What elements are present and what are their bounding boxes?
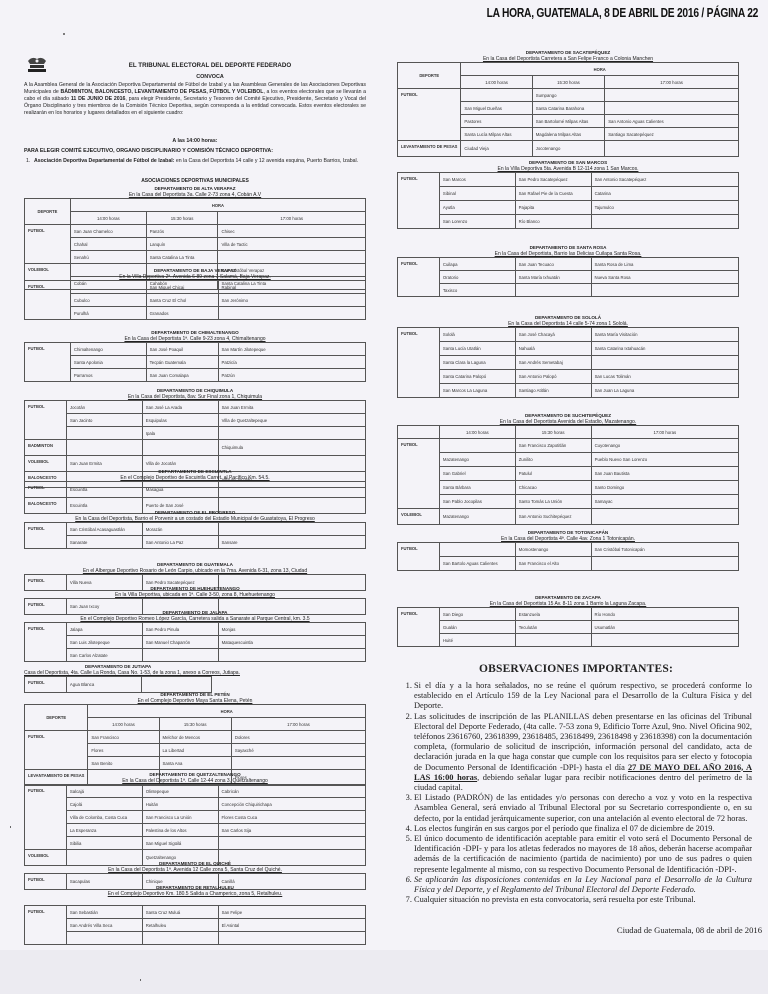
table-row: FUTBOLSan FranciscoMelchor de MencosDolo… bbox=[25, 731, 366, 744]
table-row: CubulcoSanta Cruz El CholSan Jerónimo bbox=[25, 294, 366, 307]
municipality-cell: Panzós bbox=[146, 225, 218, 238]
municipality-cell bbox=[218, 649, 365, 662]
municipality-cell: Patzún bbox=[218, 369, 366, 382]
sport-cell: FUTBOL bbox=[25, 906, 67, 945]
municipality-cell: Pueblo Nuevo San Lorenzo bbox=[591, 453, 738, 467]
municipality-cell bbox=[605, 89, 739, 102]
table-row: Santa BárbaraChicacaoSanto Domingo bbox=[398, 481, 739, 495]
department-san-marcos: DEPARTAMENTO DE SAN MARCOSEn la Villa De… bbox=[397, 160, 739, 172]
table-row: SibiliaSan Miguel Sigüilá bbox=[25, 837, 366, 850]
municipality-cell bbox=[218, 523, 365, 536]
table-row: Villa de Colomba, Costa CucaSan Francisc… bbox=[25, 811, 366, 824]
table-row: FUTBOLSan Cristóbal AcasaguastlánMorazán bbox=[25, 523, 366, 536]
municipality-cell: San Lorenzo bbox=[439, 215, 515, 229]
table-row: BADMINTONChiquimula bbox=[25, 440, 366, 456]
municipality-cell bbox=[591, 284, 739, 297]
municipality-cell: Jocotán bbox=[66, 401, 142, 414]
municipality-cell bbox=[439, 543, 515, 557]
municipality-cell: Río Blanco bbox=[515, 215, 591, 229]
department-suchitepequez: DEPARTAMENTO DE SUCHITEPÉQUEZEn la Casa … bbox=[397, 413, 739, 425]
municipality-cell: San Cristóbal Acasaguastlán bbox=[66, 523, 142, 536]
municipality-cell: San Gabriel bbox=[439, 467, 515, 481]
municipality-cell: San Jacinto bbox=[66, 414, 142, 427]
municipality-cell: Patulul bbox=[515, 467, 591, 481]
municipality-cell: Sayaxché bbox=[231, 744, 365, 757]
municipality-cell: San Luis Jilotepeque bbox=[66, 636, 142, 649]
speck bbox=[10, 826, 11, 828]
table-row: FUTBOLChimaltenangoSan José PoaquilSan M… bbox=[25, 343, 366, 356]
table-row: Santa Lucía UtatlánNahualáSanta Catarina… bbox=[398, 342, 739, 356]
municipality-cell: San Bartolo Aguas Calientes bbox=[439, 557, 515, 571]
table-row: FUTBOLAgua Blanca bbox=[25, 677, 212, 693]
municipality-cell: Villa de Quetzaltepeque bbox=[218, 414, 365, 427]
municipality-cell: San Marcos bbox=[439, 173, 515, 187]
municipality-cell: Santo Tomás La Unión bbox=[515, 495, 591, 509]
department-retalhuleu: DEPARTAMENTO DE RETALHULEUEn el Complejo… bbox=[24, 885, 366, 897]
municipality-cell: Ipala bbox=[142, 427, 218, 440]
department-address: En el Complejo Deportivo Km. 180.5 Salid… bbox=[24, 891, 366, 897]
municipality-cell: Mazatenango bbox=[439, 509, 515, 525]
schedule-table: DEPORTEHORA14:00 horas15:30 horas17:00 h… bbox=[397, 62, 739, 157]
municipality-cell bbox=[218, 482, 365, 498]
department-quiche: DEPARTAMENTO DE EL QUICHÉEn la Casa del … bbox=[24, 861, 366, 873]
municipality-cell: Cabricán bbox=[218, 785, 365, 798]
municipality-cell: Rabinal bbox=[218, 281, 366, 294]
table-row: Santa ApoloniaTecpán GuatemalaPatzicía bbox=[25, 356, 366, 369]
municipality-cell: Samayac bbox=[591, 495, 738, 509]
municipality-cell: San Sebastián bbox=[66, 906, 142, 919]
sport-cell: FUTBOL bbox=[25, 225, 71, 264]
municipality-cell: Pajapita bbox=[515, 201, 591, 215]
municipality-cell bbox=[66, 932, 142, 945]
municipality-cell bbox=[591, 356, 738, 370]
newspaper-masthead: LA HORA, GUATEMALA, 8 DE ABRIL DE 2016 /… bbox=[486, 6, 758, 20]
municipality-cell: San Antonio Sacatepéquez bbox=[591, 173, 738, 187]
municipality-cell bbox=[591, 215, 738, 229]
municipality-cell: Magdalena Milpas Altas bbox=[532, 128, 604, 141]
table-row: San Pablo JocopilasSanto Tomás La UniónS… bbox=[398, 495, 739, 509]
municipality-cell: Santa Apolonia bbox=[70, 356, 146, 369]
municipality-cell: San Felipe bbox=[218, 906, 365, 919]
municipality-cell: Catarina bbox=[591, 187, 738, 201]
municipality-cell: Sansare bbox=[218, 536, 365, 549]
municipality-cell: San Pedro Pinula bbox=[142, 623, 218, 636]
municipality-cell: San Juan Ermita bbox=[218, 401, 365, 414]
municipality-cell: San Miguel Dueñas bbox=[461, 102, 532, 115]
table-row: FUTBOLSumpango bbox=[398, 89, 739, 102]
page-margin bbox=[0, 950, 768, 994]
schedule-table: FUTBOLAgua Blanca bbox=[24, 676, 212, 693]
municipality-cell: Tajumulco bbox=[591, 201, 738, 215]
municipality-cell: Chiquimula bbox=[218, 440, 365, 456]
department-solola: DEPARTAMENTO DE SOLOLÁEn la Casa del Dep… bbox=[397, 315, 739, 327]
sport-cell: FUTBOL bbox=[398, 258, 440, 297]
table-row: La EsperanzaPalestina de los AltosSan Ca… bbox=[25, 824, 366, 837]
municipality-cell: Retalhuleu bbox=[142, 919, 218, 932]
observation-item: Se aplicarán las disposiciones contenida… bbox=[414, 875, 752, 895]
municipality-cell: Masagua bbox=[142, 482, 218, 498]
municipality-cell: Santa Catalina La Tinta bbox=[146, 251, 218, 264]
municipality-cell: San Antonio Palopó bbox=[515, 370, 591, 384]
municipality-cell: San Pedro Sacatepéquez bbox=[515, 173, 591, 187]
table-row: FUTBOLSan Francisco ZapotitlánCuyotenang… bbox=[398, 439, 739, 453]
municipality-cell: San Carlos Alzatate bbox=[66, 649, 142, 662]
table-row: SibinalSan Rafael Pie de la CuestaCatari… bbox=[398, 187, 739, 201]
table-row: San Andrés Villa SecaRetalhuleuEl Asinta… bbox=[25, 919, 366, 932]
table-row: San Luis JilotepequeSan Manuel Chaparrón… bbox=[25, 636, 366, 649]
observations-list: Si el día y a la hora señalados, no se r… bbox=[400, 681, 752, 905]
department-jalapa: DEPARTAMENTO DE JALAPAEn el Complejo Dep… bbox=[24, 610, 366, 622]
municipality-cell: Sumpango bbox=[532, 89, 604, 102]
municipality-cell: Zunilito bbox=[515, 453, 591, 467]
department-quetzaltenango: DEPARTAMENTO DE QUETZALTENANGOEn la Casa… bbox=[24, 772, 366, 784]
table-row: FUTBOLCuilapaSan Juan TecuacoSanta Rosa … bbox=[398, 258, 739, 271]
table-row: AyutlaPajapitaTajumulco bbox=[398, 201, 739, 215]
table-row: FUTBOLSan Miguel ChicajRabinal bbox=[25, 281, 366, 294]
municipality-cell: Cuyotenango bbox=[591, 439, 738, 453]
sport-cell: FUTBOL bbox=[398, 608, 440, 647]
municipality-cell: Santa Clara la Laguna bbox=[439, 356, 515, 370]
municipality-cell: San Juan Comalapa bbox=[146, 369, 218, 382]
convocation-title: EL TRIBUNAL ELECTORAL DEL DEPORTE FEDERA… bbox=[60, 62, 360, 69]
sport-cell: FUTBOL bbox=[25, 731, 88, 770]
municipality-cell: San Juan Bautista bbox=[591, 467, 738, 481]
sport-cell: FUTBOL bbox=[25, 623, 67, 662]
municipality-cell: Santiago Atitlán bbox=[515, 384, 591, 398]
izabal-item: 1.Asociación Deportiva Departamental de … bbox=[34, 158, 364, 165]
table-row: Santa Catarina PalopóSan Antonio PalopóS… bbox=[398, 370, 739, 384]
municipality-cell: Jalapa bbox=[66, 623, 142, 636]
municipality-cell: Santa Bárbara bbox=[439, 481, 515, 495]
municipality-cell: San Antonio Suchitepéquez bbox=[515, 509, 591, 525]
signoff-date: Ciudad de Guatemala, 08 de abril de 2016 bbox=[617, 925, 762, 935]
municipality-cell: San Miguel Sigüilá bbox=[142, 837, 218, 850]
observations-title: OBSERVACIONES IMPORTANTES: bbox=[384, 663, 768, 675]
municipality-cell: Santa Catarina Barahona bbox=[532, 102, 604, 115]
municipality-cell: Gualán bbox=[439, 621, 515, 634]
department-chimaltenango: DEPARTAMENTO DE CHIMALTENANGOEn la Casa … bbox=[24, 330, 366, 342]
table-row: San LorenzoRío Blanco bbox=[398, 215, 739, 229]
municipality-cell: Concepción Chiquirichapa bbox=[218, 798, 365, 811]
department-baja-verapaz: DEPARTAMENTO DE BAJA VERAPAZEn la Villa … bbox=[24, 268, 366, 280]
municipality-cell: Santa Catarina Ixtahuacán bbox=[591, 342, 738, 356]
municipality-cell: Olintepeque bbox=[142, 785, 218, 798]
table-row: Taxisco bbox=[398, 284, 739, 297]
schedule-table: FUTBOLSan Miguel ChicajRabinalCubulcoSan… bbox=[24, 280, 366, 320]
municipality-cell: Oratorio bbox=[439, 271, 515, 284]
municipality-cell: Santa María Visitación bbox=[591, 328, 738, 342]
observation-item: Si el día y a la hora señalados, no se r… bbox=[414, 681, 752, 712]
table-row: OratorioSanta María IxhuatánNueva Santa … bbox=[398, 271, 739, 284]
table-row: SenahúSanta Catalina La Tinta bbox=[25, 251, 366, 264]
municipality-cell: Usumatlán bbox=[591, 621, 739, 634]
sport-cell: BADMINTON bbox=[25, 440, 67, 456]
municipality-cell: San José Chacayá bbox=[515, 328, 591, 342]
municipality-cell bbox=[591, 557, 738, 571]
schedule-table: FUTBOLSan MarcosSan Pedro SacatepéquezSa… bbox=[397, 172, 739, 229]
municipality-cell: San Juan Chamelco bbox=[70, 225, 146, 238]
municipality-cell: Villa de Colomba, Costa Cuca bbox=[66, 811, 142, 824]
municipality-cell bbox=[605, 102, 739, 115]
municipality-cell: San Juan La Laguna bbox=[591, 384, 738, 398]
municipality-cell: Huitán bbox=[142, 798, 218, 811]
municipality-cell: Lanquín bbox=[146, 238, 218, 251]
municipality-cell: Esquipulas bbox=[142, 414, 218, 427]
municipality-cell bbox=[591, 509, 738, 525]
municipality-cell: Estanzuela bbox=[515, 608, 591, 621]
municipality-cell: San Miguel Chicaj bbox=[146, 281, 218, 294]
schedule-table: FUTBOLChimaltenangoSan José PoaquilSan M… bbox=[24, 342, 366, 382]
municipality-cell: Nueva Santa Rosa bbox=[591, 271, 739, 284]
sport-cell: FUTBOL bbox=[25, 785, 67, 850]
municipality-cell: Nahualá bbox=[515, 342, 591, 356]
municipality-cell bbox=[70, 281, 146, 294]
municipality-cell: San Juan Tecuaco bbox=[515, 258, 591, 271]
municipality-cell: Chisec bbox=[218, 225, 366, 238]
sport-cell: FUTBOL bbox=[398, 89, 461, 141]
municipality-cell bbox=[66, 427, 142, 440]
municipality-cell: San Francisco Zapotitlán bbox=[515, 439, 591, 453]
municipality-cell bbox=[218, 932, 365, 945]
municipality-cell: Teculután bbox=[515, 621, 591, 634]
municipality-cell: Santa Cruz El Chol bbox=[146, 294, 218, 307]
municipality-cell: San José Poaquil bbox=[146, 343, 218, 356]
municipality-cell: Morazán bbox=[142, 523, 218, 536]
municipality-cell: Patzicía bbox=[218, 356, 366, 369]
sport-cell: FUTBOL bbox=[25, 523, 67, 549]
observation-item: Los electos fungirán en sus cargos por e… bbox=[414, 824, 752, 834]
municipality-cell: Santo Domingo bbox=[591, 481, 738, 495]
municipality-cell bbox=[461, 89, 532, 102]
sport-cell: FUTBOL bbox=[398, 328, 440, 398]
table-row: MazatenangoZunilitoPueblo Nuevo San Lore… bbox=[398, 453, 739, 467]
municipality-cell: Ayutla bbox=[439, 201, 515, 215]
municipality-cell: Chahal bbox=[70, 238, 146, 251]
municipality-cell: Jocotenango bbox=[532, 141, 604, 157]
municipality-cell: Santa Cruz Muluá bbox=[142, 906, 218, 919]
table-row: Ipala bbox=[25, 427, 366, 440]
municipality-cell: Melchor de Mencos bbox=[159, 731, 231, 744]
municipality-cell: San Jerónimo bbox=[218, 294, 366, 307]
municipality-cell: Senahú bbox=[70, 251, 146, 264]
observation-item: Las solicitudes de inscripción de las PL… bbox=[414, 712, 752, 794]
table-row: PurulháGranados bbox=[25, 307, 366, 320]
municipality-cell: San Francisco el Alto bbox=[515, 557, 591, 571]
municipality-cell: Mazatenango bbox=[439, 453, 515, 467]
municipality-cell bbox=[218, 251, 366, 264]
municipality-cell: Chicacao bbox=[515, 481, 591, 495]
sport-cell: FUTBOL bbox=[398, 173, 440, 229]
schedule-table: FUTBOLMomostenangoSan Cristóbal Totonica… bbox=[397, 542, 739, 571]
municipality-cell: Flores Costa Cuca bbox=[218, 811, 365, 824]
municipality-cell: Sololá bbox=[439, 328, 515, 342]
municipality-cell bbox=[142, 677, 212, 693]
sport-cell: FUTBOL bbox=[25, 343, 71, 382]
municipality-cell: Huité bbox=[439, 634, 515, 647]
table-row: SanarateSan Antonio La PazSansare bbox=[25, 536, 366, 549]
department-el-progreso: DEPARTAMENTO DE EL PROGRESOEn la Casa de… bbox=[24, 510, 366, 522]
table-row: FUTBOLSan MarcosSan Pedro SacatepéquezSa… bbox=[398, 173, 739, 187]
table-row: San JacintoEsquipulasVilla de Quetzaltep… bbox=[25, 414, 366, 427]
municipality-cell: Santa María Ixhuatán bbox=[515, 271, 591, 284]
intro-paragraph: A la Asamblea General de la Asociación D… bbox=[24, 82, 366, 117]
sport-cell: FUTBOL bbox=[398, 439, 440, 509]
speck bbox=[140, 979, 141, 981]
table-row bbox=[25, 932, 366, 945]
department-peten: DEPARTAMENTO DE EL PETÉNEn el Complejo D… bbox=[24, 692, 366, 704]
department-sacatepequez: DEPARTAMENTO DE SACATEPÉQUEZEn la Casa d… bbox=[397, 50, 739, 62]
municipality-cell: Salcajá bbox=[66, 785, 142, 798]
municipality-cell bbox=[515, 284, 591, 297]
department-alta-verapaz: DEPARTAMENTO DE ALTA VERAPAZEn la Casa d… bbox=[24, 186, 366, 198]
schedule-table: FUTBOLSan SebastiánSanta Cruz MuluáSan F… bbox=[24, 905, 366, 945]
municipality-cell: Río Hondo bbox=[591, 608, 739, 621]
table-row: FUTBOLSan SebastiánSanta Cruz MuluáSan F… bbox=[25, 906, 366, 919]
table-row: Santa Clara la LagunaSan Andrés Semetaba… bbox=[398, 356, 739, 370]
municipality-cell: Dolores bbox=[231, 731, 365, 744]
schedule-table: FUTBOLSololáSan José ChacayáSanta María … bbox=[397, 327, 739, 398]
schedule-table: FUTBOLCuilapaSan Juan TecuacoSanta Rosa … bbox=[397, 257, 739, 297]
municipality-cell: Cajolá bbox=[66, 798, 142, 811]
municipality-cell: Santa Rosa de Lima bbox=[591, 258, 739, 271]
sport-cell: FUTBOL bbox=[25, 677, 67, 693]
municipality-cell: San Andrés Semetabaj bbox=[515, 356, 591, 370]
sport-cell: LEVANTAMIENTO DE PESAS bbox=[398, 141, 461, 157]
municipality-cell: San Pablo Jocopilas bbox=[439, 495, 515, 509]
municipality-cell: Villa de Tactic bbox=[218, 238, 366, 251]
table-row: FUTBOLSan Juan ChamelcoPanzósChisec bbox=[25, 225, 366, 238]
sport-cell: FUTBOL bbox=[398, 543, 440, 571]
department-zacapa: DEPARTAMENTO DE ZACAPAEn la Casa del Dep… bbox=[397, 595, 739, 607]
municipality-cell: Ciudad Vieja bbox=[461, 141, 532, 157]
municipality-cell: Chimaltenango bbox=[70, 343, 146, 356]
municipality-cell bbox=[142, 440, 218, 456]
municipality-cell: Palestina de los Altos bbox=[142, 824, 218, 837]
municipality-cell: Cuilapa bbox=[439, 258, 515, 271]
municipality-cell: Santa Lucía Milpas Altas bbox=[461, 128, 532, 141]
municipality-cell bbox=[231, 757, 365, 770]
table-row: San Bartolo Aguas CalientesSan Francisco… bbox=[398, 557, 739, 571]
table-row: VOLEIBOLMazatenangoSan Antonio Suchitepé… bbox=[398, 509, 739, 525]
table-row: San Carlos Alzatate bbox=[25, 649, 366, 662]
table-row: FUTBOLJocotánSan José La AradaSan Juan E… bbox=[25, 401, 366, 414]
table-row: ParramosSan Juan ComalapaPatzún bbox=[25, 369, 366, 382]
municipality-cell: Granados bbox=[146, 307, 218, 320]
municipality-cell bbox=[142, 932, 218, 945]
municipality-cell bbox=[605, 141, 739, 157]
sport-cell: FUTBOL bbox=[25, 281, 71, 320]
schedule-table: 14:00 horas15:30 horas17:00 horasFUTBOLS… bbox=[397, 425, 739, 525]
municipality-cell: Flores bbox=[88, 744, 159, 757]
municipality-cell: Agua Blanca bbox=[66, 677, 142, 693]
schedule-table: FUTBOLJalapaSan Pedro PinulaMonjasSan Lu… bbox=[24, 622, 366, 662]
municipality-cell: San Martín Jilotepeque bbox=[218, 343, 366, 356]
municipality-cell bbox=[66, 440, 142, 456]
municipality-cell bbox=[218, 837, 365, 850]
table-row: CajoláHuitánConcepción Chiquirichapa bbox=[25, 798, 366, 811]
municipality-cell: Monjas bbox=[218, 623, 365, 636]
municipality-cell: San Andrés Villa Seca bbox=[66, 919, 142, 932]
municipality-cell: San Lucas Tolimán bbox=[591, 370, 738, 384]
observation-item: Cualquier situación no prevista en esta … bbox=[414, 895, 752, 905]
municipality-cell: San Antonio La Paz bbox=[142, 536, 218, 549]
municipality-cell: San Benito bbox=[88, 757, 159, 770]
department-huehuetenango: DEPARTAMENTO DE HUEHUETENANGOEn la Villa… bbox=[24, 586, 366, 598]
municipality-cell bbox=[515, 634, 591, 647]
municipality-cell bbox=[218, 427, 365, 440]
municipality-cell: San Marcos La Laguna bbox=[439, 384, 515, 398]
schedule-table: FUTBOLSan Cristóbal AcasaguastlánMorazán… bbox=[24, 522, 366, 549]
municipality-cell: San Bartolomé Milpas Altas bbox=[532, 115, 604, 128]
municipality-cell: San Diego bbox=[439, 608, 515, 621]
table-row: FUTBOLSalcajáOlintepequeCabricán bbox=[25, 785, 366, 798]
table-row: FUTBOLJalapaSan Pedro PinulaMonjas bbox=[25, 623, 366, 636]
municipality-cell: Taxisco bbox=[439, 284, 515, 297]
table-row: FUTBOLMomostenangoSan Cristóbal Totonica… bbox=[398, 543, 739, 557]
municipality-cell: San Carlos Sija bbox=[218, 824, 365, 837]
municipality-cell: San José La Arada bbox=[142, 401, 218, 414]
municipality-cell: San Manuel Chaparrón bbox=[142, 636, 218, 649]
table-row: ChahalLanquínVilla de Tactic bbox=[25, 238, 366, 251]
speck bbox=[63, 33, 65, 35]
department-santa-rosa: DEPARTAMENTO DE SANTA ROSAEn la Casa del… bbox=[397, 245, 739, 257]
municipality-cell: Parramos bbox=[70, 369, 146, 382]
municipality-cell: Cubulco bbox=[70, 294, 146, 307]
municipality-cell bbox=[218, 307, 366, 320]
municipality-cell: Sanarate bbox=[66, 536, 142, 549]
department-totonicapan: DEPARTAMENTO DE TOTONICAPÁNEn la Casa de… bbox=[397, 530, 739, 542]
tribunal-logo-icon bbox=[26, 55, 48, 73]
municipality-cell: Momostenango bbox=[515, 543, 591, 557]
sport-cell: FUTBOL bbox=[25, 482, 67, 498]
municipality-cell bbox=[591, 634, 739, 647]
table-row: FUTBOLSan DiegoEstanzuelaRío Hondo bbox=[398, 608, 739, 621]
sport-cell: FUTBOL bbox=[25, 401, 67, 440]
observation-item: El Listado (PADRÓN) de las entidades y/o… bbox=[414, 793, 752, 824]
municipality-cell bbox=[142, 649, 218, 662]
department-chiquimula: DEPARTAMENTO DE CHIQUIMULAEn la Casa del… bbox=[24, 388, 366, 400]
municipality-cell: Sibinal bbox=[439, 187, 515, 201]
municipality-cell: Santa Catarina Palopó bbox=[439, 370, 515, 384]
municipality-cell: San Francisco bbox=[88, 731, 159, 744]
table-row: FUTBOLEscuintlaMasagua bbox=[25, 482, 366, 498]
convoca-heading: CONVOCA bbox=[60, 74, 360, 80]
table-row: LEVANTAMIENTO DE PESASCiudad ViejaJocote… bbox=[398, 141, 739, 157]
municipal-heading: ASOCIACIONES DEPORTIVAS MUNICIPALES bbox=[24, 178, 366, 184]
municipality-cell bbox=[439, 439, 515, 453]
municipality-cell: Purulhá bbox=[70, 307, 146, 320]
municipality-cell: Pastores bbox=[461, 115, 532, 128]
municipality-cell: La Libertad bbox=[159, 744, 231, 757]
municipality-cell: San Cristóbal Totonicapán bbox=[591, 543, 738, 557]
observation-item: El único documento de identificación ace… bbox=[414, 834, 752, 875]
schedule-table: FUTBOLSan DiegoEstanzuelaRío HondoGualán… bbox=[397, 607, 739, 647]
municipality-cell: Santa Ana bbox=[159, 757, 231, 770]
municipality-cell: San Francisco La Unión bbox=[142, 811, 218, 824]
department-jutiapa: DEPARTAMENTO DE JUTIAPACasa del Deportis… bbox=[24, 664, 212, 676]
department-guatemala: DEPARTAMENTO DE GUATEMALAEn el Albergue … bbox=[24, 562, 366, 574]
schedule-table: FUTBOLSalcajáOlintepequeCabricánCajoláHu… bbox=[24, 784, 366, 866]
department-escuintla: DEPARTAMENTO DE ESCUINTLAEn el Complejo … bbox=[24, 469, 366, 481]
table-row: San GabrielPatululSan Juan Bautista bbox=[398, 467, 739, 481]
municipality-cell: Mataquescuintla bbox=[218, 636, 365, 649]
municipality-cell: La Esperanza bbox=[66, 824, 142, 837]
municipality-cell: Escuintla bbox=[66, 482, 142, 498]
table-row: GualánTeculutánUsumatlán bbox=[398, 621, 739, 634]
municipality-cell: El Asintal bbox=[218, 919, 365, 932]
sport-cell: VOLEIBOL bbox=[398, 509, 440, 525]
table-row: FUTBOLSololáSan José ChacayáSanta María … bbox=[398, 328, 739, 342]
